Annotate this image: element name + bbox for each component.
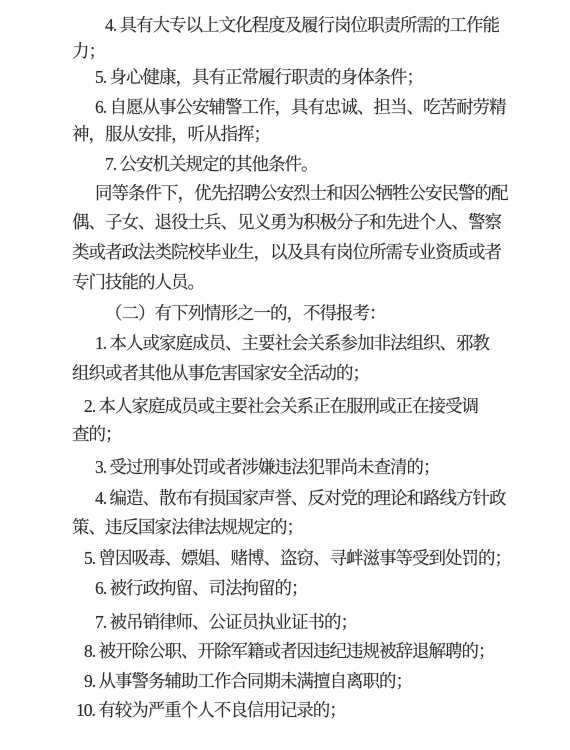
doc-line-24: 10. 有较为严重个人不良信用记录的； [72, 700, 346, 721]
doc-line-20: 6. 被行政拘留、司法拘留的； [72, 578, 308, 599]
doc-line-01: 4. 具有大专以上文化程度及履行岗位职责所需的工作能 [72, 15, 499, 36]
doc-line-07: 同等条件下，优先招聘公安烈士和因公牺牲公安民警的配 [72, 183, 508, 204]
doc-line-23: 9. 从事警务辅助工作合同期未满擅自离职的； [72, 671, 412, 692]
doc-line-21: 7. 被吊销律师、公证员执业证书的； [72, 612, 357, 633]
document-text-layer: 4. 具有大专以上文化程度及履行岗位职责所需的工作能 力； 5. 身心健康，具有… [0, 0, 570, 750]
doc-line-17: 4. 编造、散布有损国家声誉、反对党的理论和路线方针政 [72, 488, 506, 509]
doc-line-09: 类或者政法类院校毕业生，以及具有岗位所需专业资质或者 [72, 242, 501, 263]
doc-line-12: 1. 本人或家庭成员、主要社会关系参加非法组织、邪教 [72, 333, 489, 354]
doc-line-18: 策、违反国家法律法规规定的； [72, 517, 303, 538]
doc-line-03: 5. 身心健康，具有正常履行职责的身体条件； [72, 67, 423, 88]
doc-line-05: 神，服从安排，听从指挥； [72, 124, 270, 145]
doc-line-15: 查的； [72, 424, 122, 445]
doc-line-22: 8. 被开除公职、开除军籍或者因违纪违规被辞退解聘的； [72, 641, 495, 662]
doc-line-02: 力； [72, 41, 105, 62]
doc-line-04: 6. 自愿从事公安辅警工作，具有忠诚、担当、吃苦耐劳精 [72, 97, 506, 118]
document-page: 4. 具有大专以上文化程度及履行岗位职责所需的工作能 力； 5. 身心健康，具有… [0, 0, 570, 750]
doc-line-10: 专门技能的人员。 [72, 272, 204, 293]
doc-line-13: 组织或者其他从事危害国家安全活动的； [72, 363, 369, 384]
doc-line-19: 5. 曾因吸毒、嫖娼、赌博、盗窃、寻衅滋事等受到处罚的； [72, 548, 511, 569]
doc-line-06: 7. 公安机关规定的其他条件。 [72, 154, 318, 175]
doc-line-16: 3. 受过刑事处罚或者涉嫌违法犯罪尚未查清的； [72, 457, 440, 478]
doc-line-08: 偶、子女、退役士兵、见义勇为积极分子和先进个人、警察 [72, 212, 501, 233]
doc-line-14: 2. 本人家庭成员或主要社会关系正在服刑或正在接受调 [72, 396, 478, 417]
doc-line-11: （二）有下列情形之一的，不得报考： [72, 303, 386, 324]
